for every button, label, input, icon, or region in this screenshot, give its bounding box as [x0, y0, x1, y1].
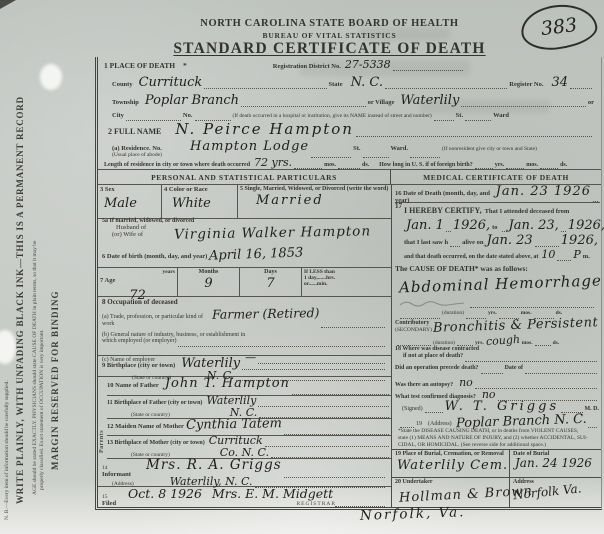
margin-reserved-binding: MARGIN RESERVED FOR BINDING: [50, 140, 60, 470]
occupation-row: 8 Occupation of deceased (a) Trade, prof…: [98, 296, 391, 356]
signed-value: W. T. Griggs: [445, 400, 559, 413]
certify-statement-bold: I HEREBY CERTIFY,: [404, 206, 482, 215]
foreign-birth-label: How long in U. S. if of foreign birth?: [379, 162, 473, 169]
operation-date-label: Date of: [505, 365, 524, 372]
mother-name-value: Cynthia Tatem: [186, 417, 282, 432]
certify-line2: Jan. 1 1926, to Jan. 23, 1926,: [406, 219, 598, 232]
cause-footnote: *State the DISEASE CAUSING DEATH, or in …: [398, 428, 596, 449]
register-no-value: 34: [551, 76, 568, 89]
birthplace-row: 9 Birthplace (city or town) Waterlily (S…: [98, 356, 391, 377]
township-value: Poplar Branch: [145, 94, 239, 107]
margin-small-note-1: AGE should be stated EXACTLY. PHYSICIANS…: [32, 55, 38, 495]
state-value: N. C.: [351, 76, 383, 89]
physician-address-label: (Address): [428, 421, 452, 428]
register-no-label: Register No.: [509, 81, 543, 88]
street-no-label: No.: [183, 112, 193, 119]
personal-column: 3 Sex Male 4 Color or Race White 5 Singl…: [98, 185, 391, 507]
undertaker-address-cell: Address Norfolk Va.: [509, 478, 601, 507]
death-ampm-value: P: [573, 249, 580, 260]
father-birthplace-row: 11 Birthplace of Father (city or town) W…: [107, 395, 391, 419]
birth-date-value: April 16, 1853: [209, 246, 304, 262]
certify-line3: that I last saw h alive on Jan. 23 1926,: [404, 234, 598, 247]
ds-label: ds.: [362, 162, 369, 169]
days-value: 7: [242, 277, 299, 290]
mother-birthplace-label: 13 Birthplace of Mother (city or town): [107, 440, 205, 447]
mother-name-label: 12 Maiden Name of Mother: [107, 423, 184, 430]
footnote-line3: CIDAL, OR HOMICIDAL. (See reverse side f…: [398, 442, 596, 449]
certificate-form: 1 PLACE OF DEATH * Registration District…: [95, 57, 602, 510]
last-saw-year-value: 1926,: [561, 234, 598, 247]
place-of-death-row: 1 PLACE OF DEATH * Registration District…: [104, 59, 564, 71]
to-label: to: [492, 224, 497, 231]
color-race-value: White: [172, 197, 235, 210]
filed-date-value: Oct. 8 1926: [128, 488, 202, 501]
occupation-b-line: which employed (or employer): [102, 338, 387, 347]
age-cell: 7 Age years 72: [98, 268, 178, 296]
certify-statement-rest: That I attended deceased from: [485, 208, 570, 215]
age-label: 7 Age: [100, 277, 115, 284]
contributory-block: Contributory (SECONDARY) Bronchitis & Pe…: [395, 320, 599, 346]
father-birthplace-value: Waterlily: [206, 395, 256, 406]
operation-label: Did an operation precede death?: [395, 365, 479, 372]
certify-block: 17 I HEREBY CERTIFY, That I attended dec…: [392, 202, 600, 264]
months-label: Months: [180, 269, 237, 275]
place-of-death-label: 1 PLACE OF DEATH: [104, 62, 175, 71]
township-label: Township: [112, 99, 139, 106]
age-row: 7 Age years 72 Months 9 Days 7 If LESS t…: [98, 268, 391, 297]
medical-column: 16 Date of Death (month, day, and year) …: [391, 185, 601, 507]
less-than-day-line3: or......min.: [304, 281, 389, 287]
contributory-label: Contributory: [395, 320, 431, 327]
disease-contracted-line2: if not at place of death?: [403, 353, 599, 362]
disease-contracted-label-1: 18 Where was disease contracted: [395, 346, 599, 352]
residence-row: (a) Residence. No. (Usual place of abode…: [112, 140, 594, 158]
mother-birthplace-value: Currituck: [209, 435, 263, 446]
city-label: City: [112, 112, 124, 119]
residence-value: Hampton Lodge: [190, 140, 309, 153]
mos2-label: mos.: [526, 162, 538, 169]
contributory-duration-line: (duration) yrs. cough mos. ds.: [395, 335, 599, 346]
cause-of-death-value: Abdominal Hemorrhage: [399, 274, 599, 296]
footnote-line1: *State the DISEASE CAUSING DEATH, or in …: [398, 428, 596, 435]
attended-from-year: 1926,: [453, 219, 490, 232]
margin-nb-note: N. B.—Every item of information should b…: [4, 110, 10, 520]
m-label: m.: [583, 253, 590, 260]
sex-label: 3 Sex: [100, 186, 159, 193]
contributory-sublabel: (SECONDARY): [395, 327, 431, 333]
village-value: Waterlily: [400, 94, 459, 107]
signed-label: (Signed): [402, 406, 423, 413]
disease-contracted-block: 18 Where was disease contracted if not a…: [395, 346, 599, 363]
faint-scrawl: [398, 299, 468, 308]
attended-from-value: Jan. 1: [406, 219, 444, 232]
autopsy-value: no: [459, 377, 473, 388]
filed-row: 15 Filed Oct. 8 1926 Mrs. E. M. Midgett …: [98, 487, 391, 507]
sex-color-marital-row: 3 Sex Male 4 Color or Race White 5 Singl…: [98, 185, 391, 219]
undertaker-row: 20 Undertaker Hollman & Brown Address No…: [392, 478, 601, 507]
marital-cell: 5 Single, Married, Widowed, or Divorced …: [238, 185, 391, 218]
months-cell: Months 9: [178, 268, 240, 296]
filed-registrar-name: Mrs. E. M. Midgett: [212, 488, 333, 501]
registration-district-value: 27-5338: [345, 59, 391, 70]
certify-number: 17: [395, 202, 402, 210]
sex-cell: 3 Sex Male: [98, 185, 162, 218]
st-label: St.: [456, 112, 463, 119]
birth-date-row: 6 Date of birth (month, day, and year) A…: [98, 248, 391, 268]
margin-write-plainly: WRITE PLAINLY, WITH UNFADING BLACK INK—T…: [15, 30, 25, 504]
father-name-label: 10 Name of Father: [107, 382, 159, 389]
ds2-label: ds.: [560, 162, 567, 169]
death-date-row: 16 Date of Death (month, day, and year) …: [395, 185, 600, 203]
spouse-value: Virginia Walker Hampton: [174, 225, 371, 242]
death-hour-value: 10: [541, 249, 555, 260]
signed-row: (Signed) W. T. Griggs M. D.: [402, 400, 599, 413]
attended-to-value: Jan. 23,: [509, 219, 559, 232]
attended-to-year: 1926,: [568, 219, 604, 232]
mother-birthplace-row: 13 Birthplace of Mother (city or town) C…: [107, 435, 391, 459]
informant-label: Informant: [102, 471, 146, 478]
occupation-b-label-2: which employed (or employer): [102, 338, 176, 345]
burial-date-value: Jan. 24 1926: [515, 457, 598, 470]
margin-small-note-2: properly classified. Exact statement of …: [39, 120, 45, 490]
full-name-value: N. Peirce Hampton: [175, 122, 354, 137]
birthplace-line1: 9 Birthplace (city or town) Waterlily: [102, 357, 387, 370]
last-saw-date-value: Jan. 23: [487, 234, 533, 247]
months-value: 9: [180, 277, 237, 290]
personal-section-header: PERSONAL AND STATISTICAL PARTICULARS: [98, 170, 391, 184]
yrs-label: yrs.: [495, 162, 505, 169]
scanned-death-certificate: N. B.—Every item of information should b…: [0, 0, 604, 534]
last-saw-label: that I last saw h: [404, 239, 448, 246]
corner-mark: [0, 0, 16, 9]
registrar-label: REGISTRAR: [296, 501, 336, 507]
burial-place-value: Waterlily Cem.: [397, 459, 506, 472]
parents-block: Parents 10 Name of Father John T. Hampto…: [98, 377, 391, 458]
filed-label: Filed: [102, 500, 128, 507]
mos-label: mos.: [324, 162, 336, 169]
board-title: NORTH CAROLINA STATE BOARD OF HEALTH: [95, 18, 564, 29]
residence-length-row: Length of residence in city or town wher…: [104, 157, 596, 169]
duration-yrs-label: yrs.: [488, 310, 497, 316]
full-name-label: 2 FULL NAME: [108, 127, 161, 136]
county-value: Currituck: [139, 76, 203, 89]
hospital-note: (If death occurred in a hospital or inst…: [233, 113, 432, 119]
age-years-label: years: [162, 269, 175, 275]
occupation-label: 8 Occupation of deceased: [102, 298, 387, 306]
certificate-title: STANDARD CERTIFICATE OF DEATH: [95, 40, 564, 58]
state-label: State: [329, 81, 343, 88]
year-blank-label: 19: [416, 421, 422, 428]
residence-st-label: St.: [353, 145, 360, 152]
county-label: County: [112, 81, 133, 88]
operation-row: Did an operation precede death? Date of: [395, 365, 599, 374]
burial-row: 19 Place of Burial, Cremation, or Remova…: [392, 449, 601, 478]
filed-line: 15 Filed Oct. 8 1926 Mrs. E. M. Midgett: [102, 488, 387, 507]
burial-place-cell: 19 Place of Burial, Cremation, or Remova…: [392, 450, 509, 477]
section-headers: PERSONAL AND STATISTICAL PARTICULARS MED…: [98, 169, 601, 185]
color-race-cell: 4 Color or Race White: [162, 185, 238, 218]
days-cell: Days 7: [240, 268, 302, 296]
residence-length-value: 72 yrs.: [254, 157, 292, 168]
full-name-row: 2 FULL NAME N. Peirce Hampton: [108, 122, 594, 137]
duration-ds-label: ds.: [556, 310, 563, 316]
occupation-a-label: (a) Trade, profession, or particular kin…: [102, 314, 212, 328]
undertaker-label: 20 Undertaker: [395, 479, 506, 485]
birth-date-label: 6 Date of birth (month, day, and year): [102, 253, 207, 260]
footnote-line2: state (1) MEANS AND NATURE OF INJURY, an…: [398, 435, 596, 442]
marital-label: 5 Single, Married, Widowed, or Divorced …: [240, 186, 389, 193]
father-birthplace-label: 11 Birthplace of Father (city or town): [107, 400, 202, 407]
punch-hole: [40, 64, 62, 90]
alive-on-label: alive on: [462, 239, 484, 246]
autopsy-row: Was there an autopsy? no: [395, 377, 599, 389]
father-name-value: John T. Hampton: [165, 377, 290, 390]
certify-line1: I HEREBY CERTIFY, That I attended deceas…: [404, 206, 598, 215]
informant-row: 14 Informant Mrs. R. A. Griggs (Address)…: [98, 458, 391, 487]
residence-length-label: Length of residence in city or town wher…: [104, 162, 250, 169]
undertaker-cell: 20 Undertaker Hollman & Brown: [392, 478, 509, 507]
burial-place-label: 19 Place of Burial, Cremation, or Remova…: [395, 451, 506, 457]
registration-district-label: Registration District No.: [273, 63, 341, 70]
death-date-value: Jan. 23 1926: [496, 185, 591, 198]
spouse-row: 5a If married, widowed, or divorced Husb…: [102, 218, 391, 248]
sex-value: Male: [104, 197, 159, 210]
birthplace-label: 9 Birthplace (city or town): [102, 362, 175, 369]
medical-section-header: MEDICAL CERTIFICATE OF DEATH: [391, 170, 601, 184]
or-label: or: [588, 99, 594, 106]
informant-value: Mrs. R. A. Griggs: [146, 459, 282, 473]
duration-label: (duration): [442, 310, 464, 316]
occupation-a-line: (a) Trade, profession, or particular kin…: [102, 308, 387, 328]
autopsy-label: Was there an autopsy?: [395, 382, 453, 389]
duration-mos-label: mos.: [521, 310, 532, 316]
parents-side-label: Parents: [99, 383, 105, 453]
certify-line4: and that death occurred, on the date sta…: [404, 249, 598, 261]
marital-value: Married: [256, 194, 389, 207]
days-label: Days: [242, 269, 299, 275]
nonresident-note: (If nonresident give city or town and St…: [442, 146, 537, 152]
residence-ward-label: Ward.: [391, 145, 409, 152]
cause-of-death-block: The CAUSE OF DEATH* was as follows: Abdo…: [395, 264, 599, 298]
cause-extra-line: [398, 299, 596, 308]
township-row: Township Poplar Branch or Village Waterl…: [112, 94, 594, 107]
county-state-row: County Currituck State N. C. Register No…: [112, 76, 594, 89]
village-label: or Village: [368, 99, 395, 106]
disease-contracted-label-2: if not at place of death?: [403, 353, 463, 360]
death-occurred-label: and that death occurred, on the date sta…: [404, 254, 538, 261]
color-race-label: 4 Color or Race: [164, 186, 235, 193]
physician-address-row: 19 (Address) Poplar Branch N. C.: [398, 415, 599, 428]
burial-date-cell: Date of Burial Jan. 24 1926: [509, 450, 601, 477]
bureau-subtitle: BUREAU OF VITAL STATISTICS: [95, 31, 564, 40]
ward-label: Ward: [493, 112, 509, 119]
less-than-day-cell: If LESS than 1 day,......hrs. or......mi…: [302, 268, 391, 296]
undertaker-value: Hollman & Brown: [399, 486, 507, 505]
occupation-a-value: Farmer (Retired): [212, 307, 320, 321]
asterisk: *: [183, 62, 187, 71]
